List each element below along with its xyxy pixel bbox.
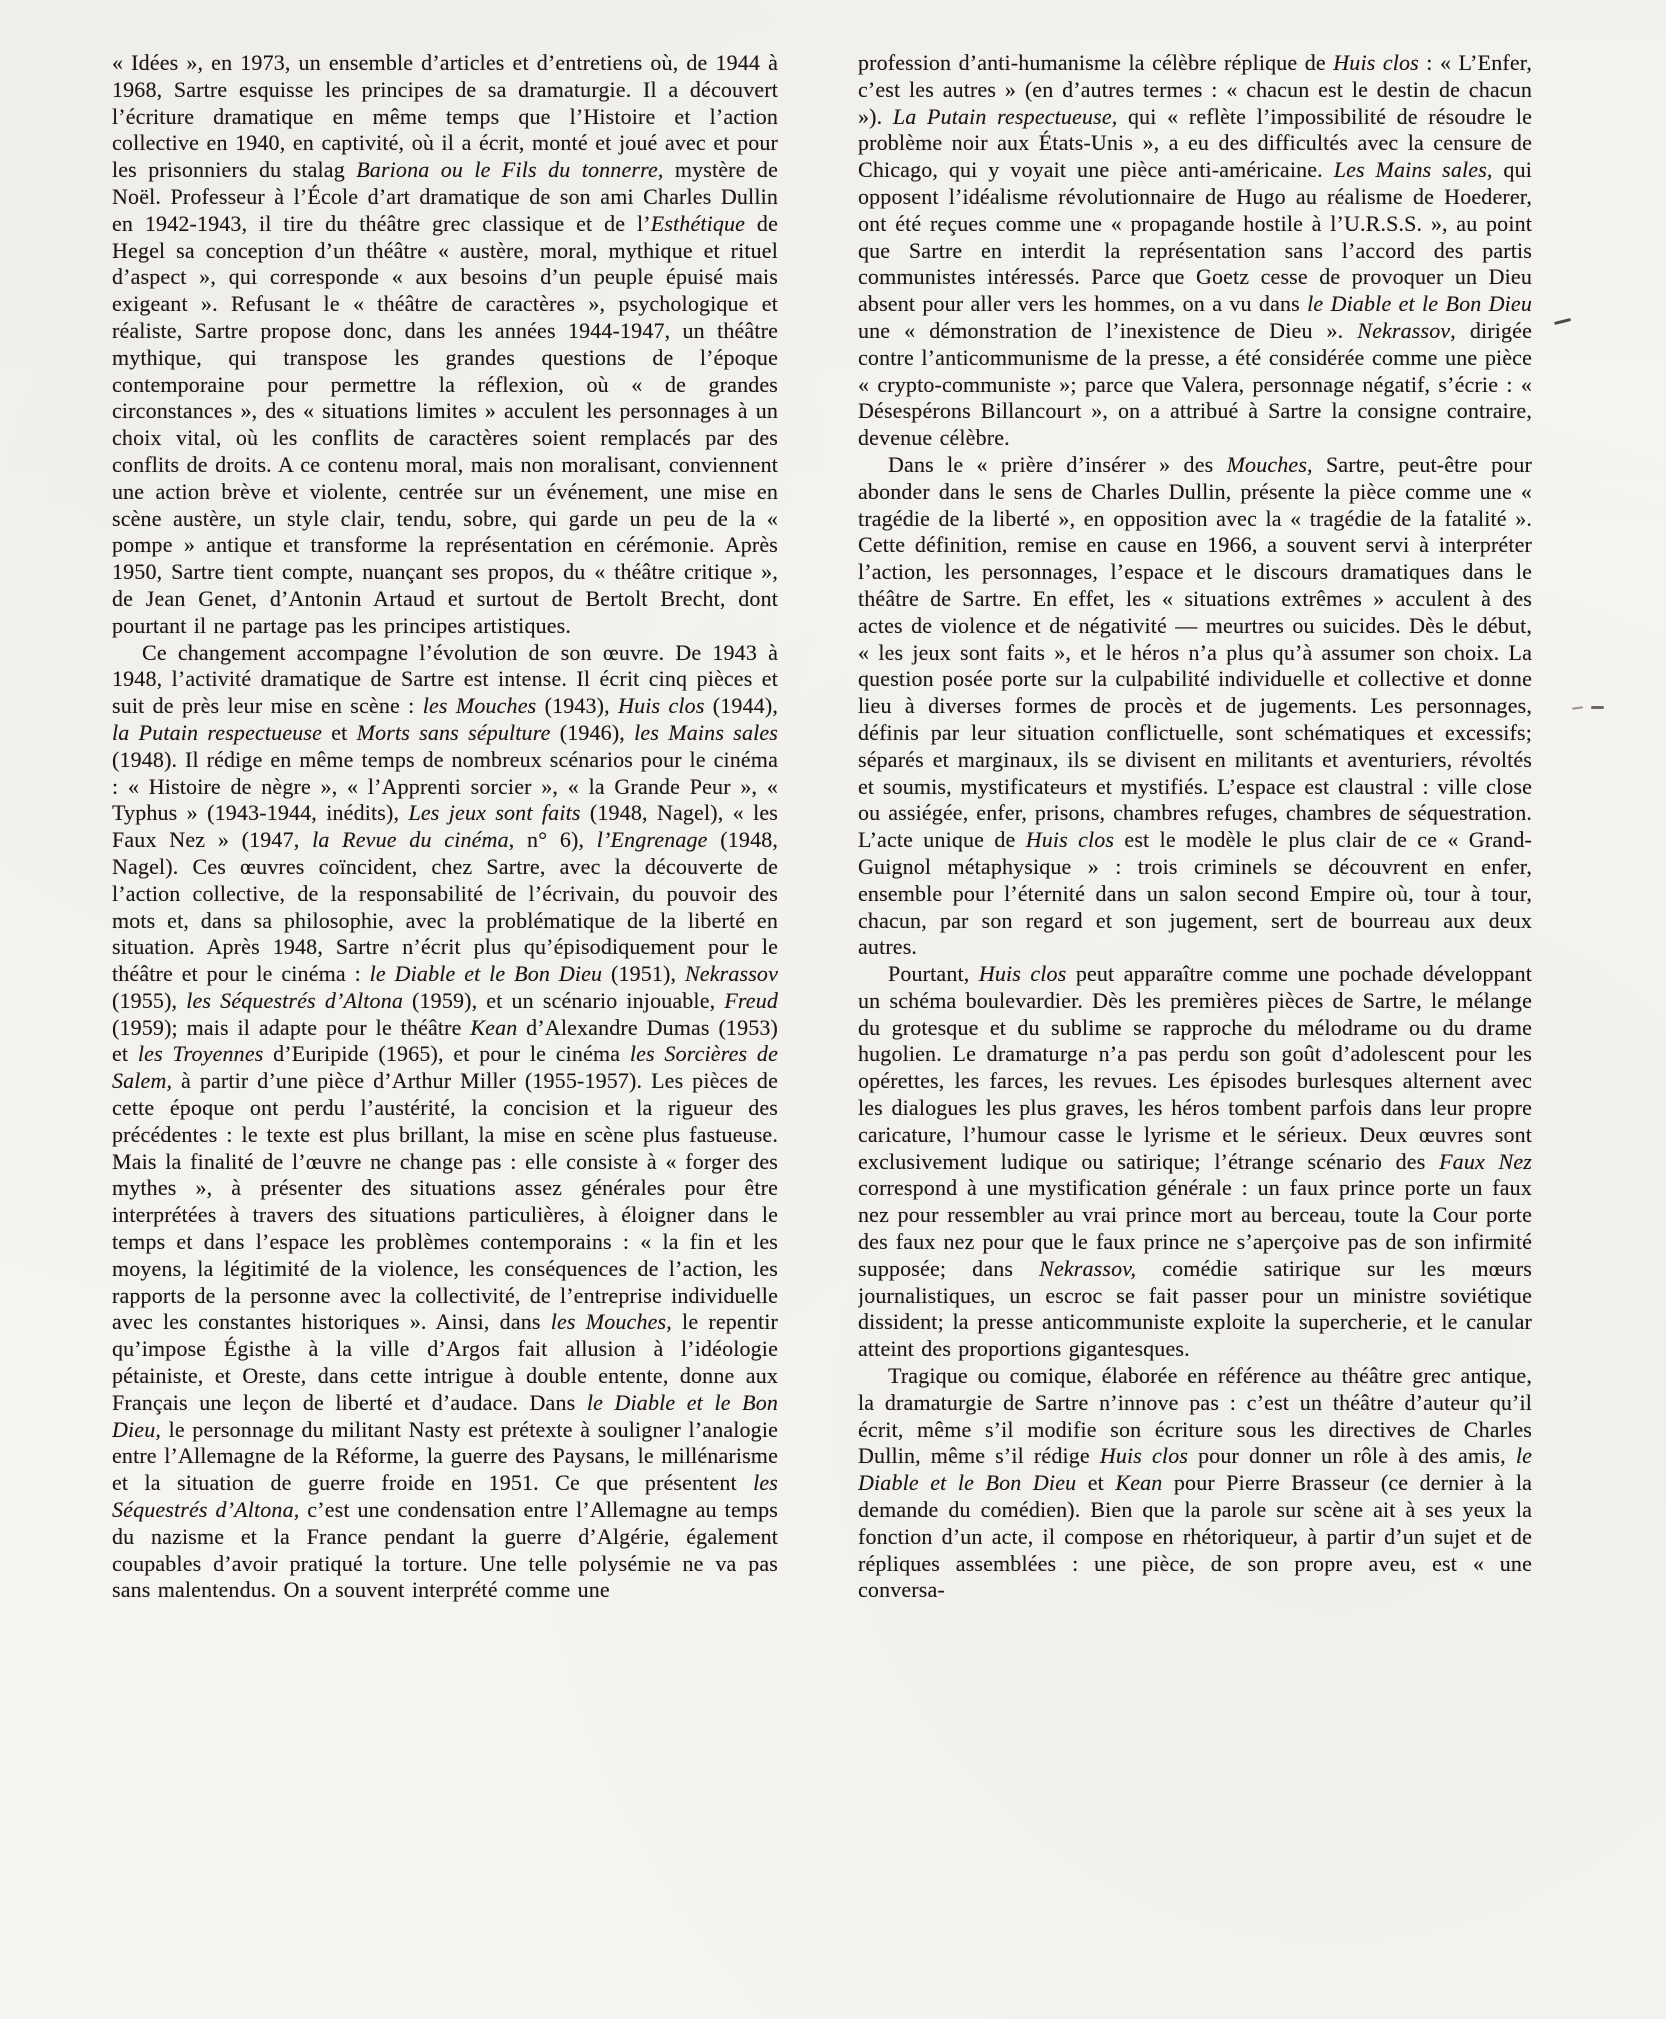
paragraph: Pourtant, Huis clos peut apparaître comm… [858, 961, 1532, 1363]
text-run: et [1076, 1470, 1115, 1495]
text-column-right: profession d’anti-humanisme la célèbre r… [858, 50, 1532, 1604]
pencil-stroke [1572, 706, 1583, 710]
italic-text-run: Morts sans sépulture [357, 720, 551, 745]
text-run: Pourtant, [888, 961, 979, 986]
text-run: (1944), [705, 693, 778, 718]
paragraph: profession d’anti-humanisme la célèbre r… [858, 50, 1532, 452]
pencil-stroke [1554, 318, 1571, 325]
italic-text-run: la Revue du cinéma [312, 827, 509, 852]
italic-text-run: Bariona ou le Fils du tonnerre, [356, 157, 663, 182]
paragraph: Ce changement accompagne l’évolution de … [112, 640, 778, 1605]
italic-text-run: Nekrassov, [1039, 1256, 1136, 1281]
text-run: peut apparaître comme une pochade dévelo… [858, 961, 1532, 1174]
text-run: d’Euripide (1965), et pour le cinéma [263, 1041, 629, 1066]
italic-text-run: les Mouches, [551, 1309, 672, 1334]
italic-text-run: Kean [470, 1015, 517, 1040]
text-run: Dans le « prière d’insérer » des [888, 452, 1227, 477]
text-run: de Hegel sa conception d’un théâtre « au… [112, 211, 778, 638]
italic-text-run: l’Engrenage [597, 827, 708, 852]
italic-text-run: Faux Nez [1439, 1149, 1532, 1174]
text-run: (1955), [112, 988, 186, 1013]
text-run: pour donner un rôle à des amis, [1188, 1443, 1516, 1468]
italic-text-run: Mouches, [1227, 452, 1313, 477]
italic-text-run: Huis clos [618, 693, 704, 718]
paragraph: « Idées », en 1973, un ensemble d’articl… [112, 50, 778, 640]
paragraph: Tragique ou comique, élaborée en référen… [858, 1363, 1532, 1604]
italic-text-run: Huis clos [1100, 1443, 1188, 1468]
text-column-left: « Idées », en 1973, un ensemble d’articl… [112, 50, 778, 1604]
pencil-tick-mark [1554, 320, 1576, 332]
italic-text-run: le Diable et le Bon Dieu [1307, 291, 1532, 316]
paragraph: Dans le « prière d’insérer » des Mouches… [858, 452, 1532, 961]
text-run: , n° 6), [509, 827, 597, 852]
italic-text-run: les Séquestrés d’Altona [186, 988, 403, 1013]
italic-text-run: Huis clos [1333, 50, 1419, 75]
italic-text-run: Kean [1115, 1470, 1162, 1495]
scanned-document-body: { "page": { "type": "scanned-encyclopedi… [0, 0, 1666, 2019]
italic-text-run: Freud [724, 988, 778, 1013]
italic-text-run: Nekrassov [685, 961, 778, 986]
text-run: (1946), [551, 720, 635, 745]
text-run: (1943), [536, 693, 618, 718]
text-run: à partir d’une pièce d’Arthur Miller (19… [112, 1068, 778, 1334]
italic-text-run: les Mouches [423, 693, 537, 718]
italic-text-run: le Diable et le Bon Dieu [370, 961, 603, 986]
italic-text-run: Huis clos [1026, 827, 1114, 852]
italic-text-run: les Troyennes [138, 1041, 264, 1066]
text-run: profession d’anti-humanisme la célèbre r… [858, 50, 1333, 75]
text-run: (1959), et un scénario injouable, [403, 988, 724, 1013]
italic-text-run: Les Mains sales, [1334, 157, 1493, 182]
pencil-stroke [1591, 706, 1604, 709]
scanned-page: « Idées », en 1973, un ensemble d’articl… [0, 0, 1666, 2019]
text-run: et [322, 720, 357, 745]
italic-text-run: La Putain respectueuse, [893, 104, 1118, 129]
italic-text-run: Nekrassov [1357, 318, 1450, 343]
text-run: une « démonstration de l’inexistence de … [858, 318, 1357, 343]
italic-text-run: la Putain respectueuse [112, 720, 322, 745]
text-run: Sartre, peut-être pour abonder dans le s… [858, 452, 1532, 852]
text-run: (1951), [602, 961, 685, 986]
italic-text-run: Les jeux sont faits [408, 800, 580, 825]
pencil-double-dash-mark [1572, 702, 1616, 716]
text-run: le personnage du militant Nasty est prét… [112, 1417, 778, 1496]
text-run: (1959); mais il adapte pour le théâtre [112, 1015, 470, 1040]
italic-text-run: les Mains sales [634, 720, 778, 745]
italic-text-run: Huis clos [979, 961, 1067, 986]
italic-text-run: Esthétique [651, 211, 745, 236]
